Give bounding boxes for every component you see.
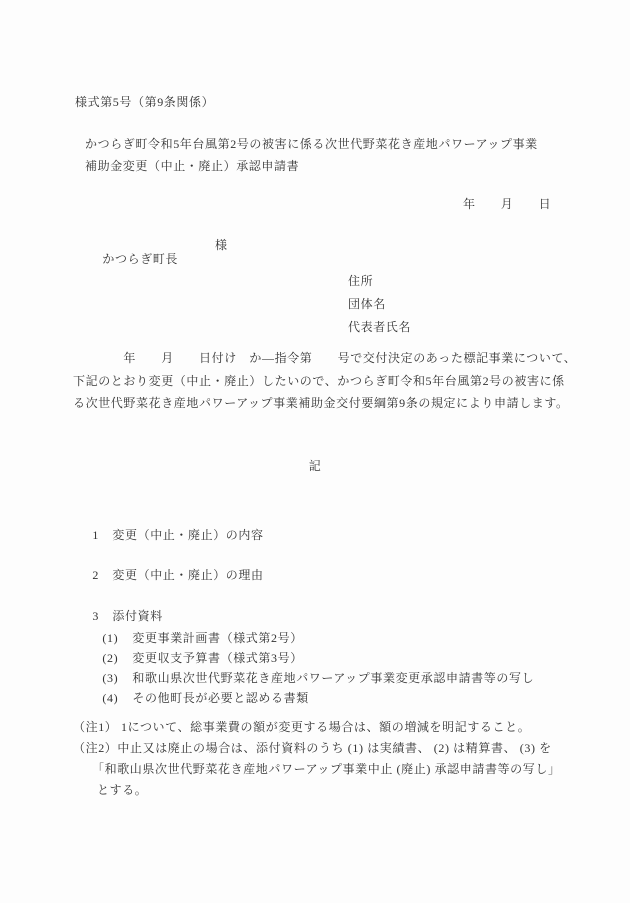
note-2: （注2）中止又は廃止の場合は、添付資料のうち (1) は実績書、 (2) は精算… <box>73 741 552 755</box>
application-form-page: 様式第5号（第9条関係） かつらぎ町令和5年台風第2号の被害に係る次世代野菜花き… <box>0 0 630 903</box>
addressee-name: かつらぎ町長 <box>102 252 178 266</box>
attachment-number: (4) <box>102 691 132 705</box>
date-field: 年 月 日 <box>463 197 551 211</box>
item-number: 1 <box>92 528 112 542</box>
document-title-line1: かつらぎ町令和5年台風第2号の被害に係る次世代野菜花き産地パワーアップ事業 <box>85 137 538 151</box>
sender-field-representative: 代表者氏名 <box>348 320 411 334</box>
addressee-line: かつらぎ町長 <box>88 238 178 280</box>
attachment-item-4: (4)その他町長が必要と認める書類 <box>88 677 309 719</box>
body-paragraph-line2: 下記のとおり変更（中止・廃止）したいので、かつらぎ町令和5年台風第2号の被害に係 <box>73 374 565 388</box>
record-heading: 記 <box>0 457 630 474</box>
form-number: 様式第5号（第9条関係） <box>75 95 214 109</box>
sender-field-address: 住所 <box>348 274 373 288</box>
document-title-line2: 補助金変更（中止・廃止）承認申請書 <box>85 159 299 173</box>
body-paragraph-line3: る次世代野菜花き産地パワーアップ事業補助金交付要綱第9条の規定により申請します。 <box>73 396 569 410</box>
note-2-continuation: 「和歌山県次世代野菜花き産地パワーアップ事業中止 (廃止) 承認申請書等の写し」 <box>92 762 561 776</box>
note-2-ending: とする。 <box>97 783 147 797</box>
item-1-change-content: 1変更（中止・廃止）の内容 <box>78 514 264 556</box>
note-1: （注1） 1について、総事業費の額が変更する場合は、額の増減を明記すること。 <box>73 720 530 734</box>
sender-field-organization: 団体名 <box>348 297 386 311</box>
addressee-honorific: 様 <box>215 238 228 252</box>
item-text: 変更（中止・廃止）の理由 <box>112 568 263 582</box>
item-number: 2 <box>92 568 112 582</box>
item-text: 変更（中止・廃止）の内容 <box>112 528 263 542</box>
body-paragraph-line1: 年 月 日付け か―指令第 号で交付決定のあった標記事業について、 <box>73 351 576 365</box>
item-2-change-reason: 2変更（中止・廃止）の理由 <box>78 554 264 596</box>
attachment-text: その他町長が必要と認める書類 <box>132 691 308 705</box>
